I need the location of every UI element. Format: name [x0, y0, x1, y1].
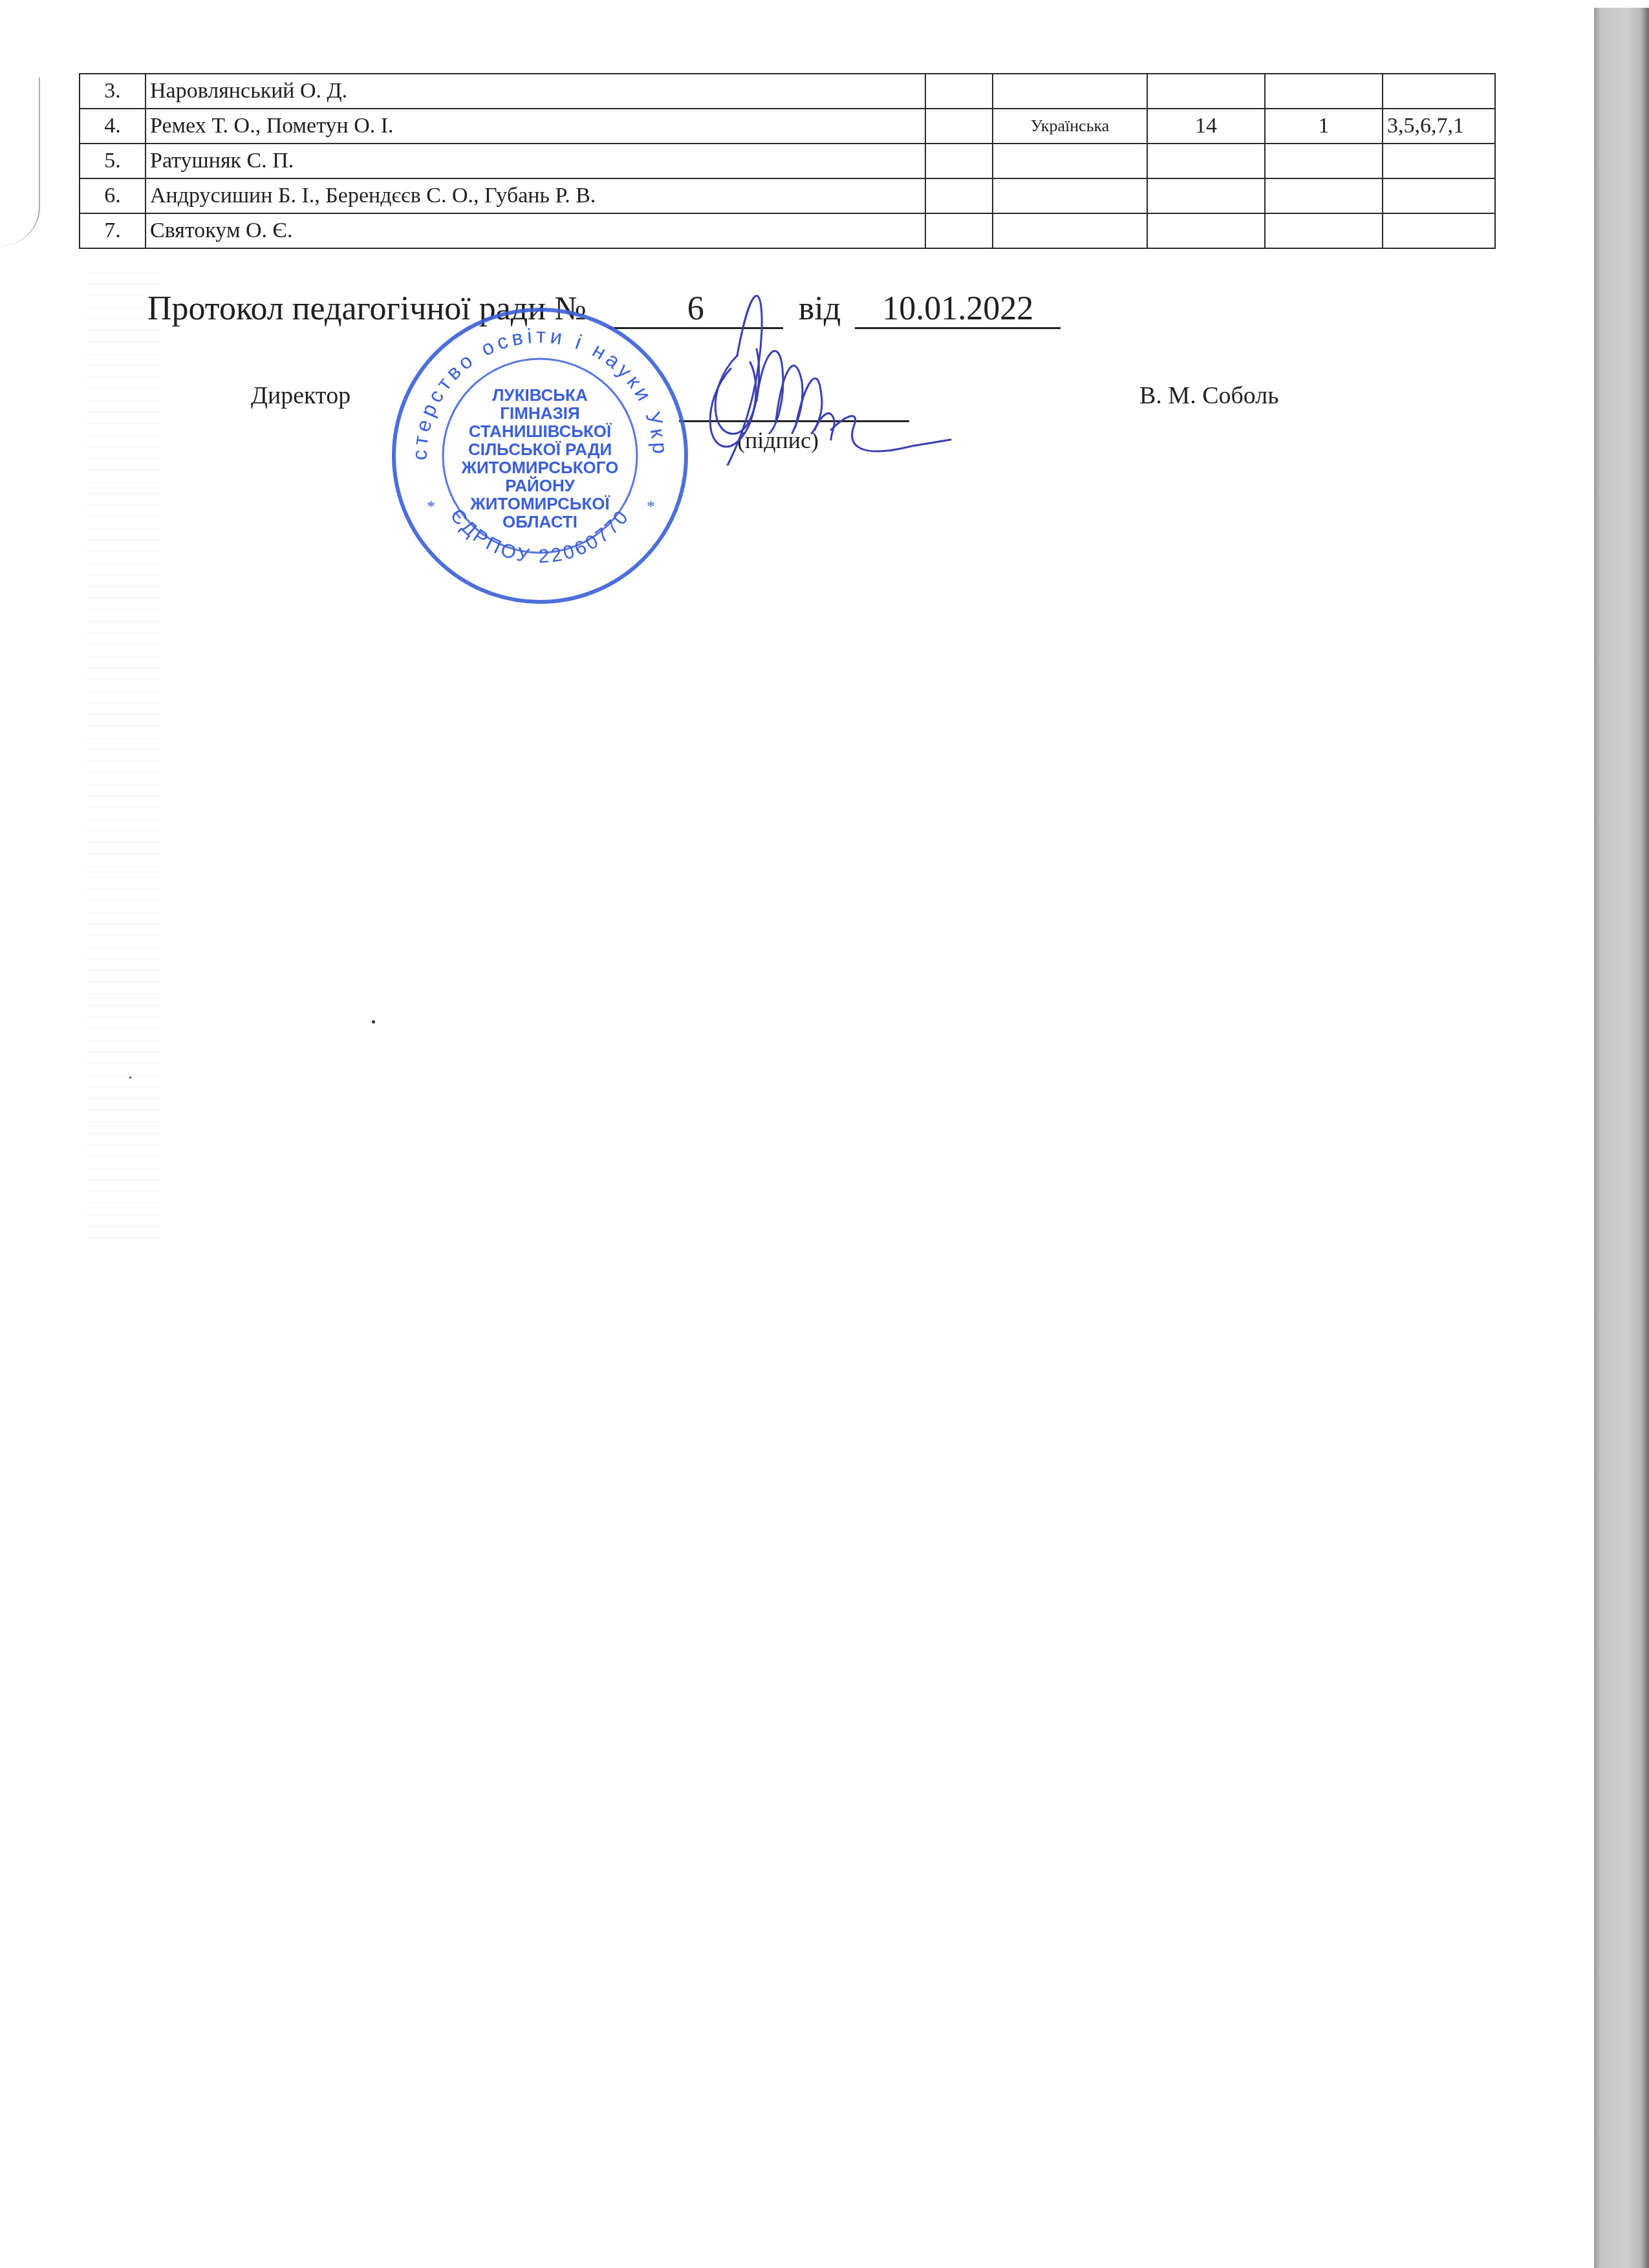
- row-empty-cell: [925, 74, 993, 109]
- row-number: 7.: [80, 213, 145, 248]
- row-number: 4.: [80, 109, 145, 144]
- official-seal-icon: Міністерство освіти і науки України ЄДРП…: [388, 304, 692, 608]
- svg-text:*: *: [427, 497, 435, 516]
- row-classes: 3,5,6,7,1: [1383, 109, 1495, 144]
- row-classes: [1383, 74, 1495, 109]
- svg-text:ОБЛАСТІ: ОБЛАСТІ: [502, 512, 577, 531]
- svg-text:СТАНИШІВСЬКОЇ: СТАНИШІВСЬКОЇ: [469, 422, 612, 441]
- table-row: 7. Святокум О. Є.: [80, 213, 1495, 248]
- row-quantity: [1265, 74, 1383, 109]
- row-classes: [1383, 213, 1495, 248]
- row-count: [1147, 74, 1265, 109]
- row-empty-cell: [925, 213, 993, 248]
- row-number: 6.: [80, 178, 145, 213]
- row-authors: Андрусишин Б. І., Берендєєв С. О., Губан…: [145, 178, 925, 213]
- row-authors: Наровлянський О. Д.: [145, 74, 925, 109]
- table-row: 3. Наровлянський О. Д.: [80, 74, 1495, 109]
- svg-text:ГІМНАЗІЯ: ГІМНАЗІЯ: [500, 403, 579, 423]
- director-name: В. М. Соболь: [1139, 381, 1279, 410]
- textbook-table: 3. Наровлянський О. Д. 4. Ремех Т. О., П…: [79, 73, 1496, 249]
- svg-text:ЖИТОМИРСЬКОЇ: ЖИТОМИРСЬКОЇ: [469, 494, 610, 513]
- scan-speck: [129, 1076, 131, 1078]
- row-authors: Святокум О. Є.: [145, 213, 925, 248]
- row-count: [1147, 178, 1265, 213]
- table-row: 4. Ремех Т. О., Пометун О. І. Українська…: [80, 109, 1495, 144]
- row-authors: Ратушняк С. П.: [145, 144, 925, 178]
- row-quantity: 1: [1265, 109, 1383, 144]
- svg-text:ЖИТОМИРСЬКОГО: ЖИТОМИРСЬКОГО: [461, 458, 619, 477]
- svg-text:ЛУКІВСЬКА: ЛУКІВСЬКА: [492, 385, 588, 405]
- row-empty-cell: [925, 109, 993, 144]
- row-authors: Ремех Т. О., Пометун О. І.: [145, 109, 925, 144]
- row-language: [993, 213, 1147, 248]
- svg-text:СІЛЬСЬКОЇ РАДИ: СІЛЬСЬКОЇ РАДИ: [468, 440, 612, 459]
- scan-speck: [372, 1020, 375, 1023]
- signature-scribble-icon: [666, 272, 1002, 465]
- row-language: Українська: [993, 109, 1147, 144]
- row-language: [993, 74, 1147, 109]
- row-count: [1147, 144, 1265, 178]
- row-language: [993, 178, 1147, 213]
- scan-margin: [1594, 0, 1649, 8]
- table-row: 6. Андрусишин Б. І., Берендєєв С. О., Гу…: [80, 178, 1495, 213]
- scan-noise: [84, 272, 162, 1241]
- row-empty-cell: [925, 178, 993, 213]
- row-classes: [1383, 144, 1495, 178]
- row-quantity: [1265, 213, 1383, 248]
- svg-text:*: *: [647, 497, 655, 516]
- scanner-edge-shadow: [1594, 8, 1649, 2268]
- scan-artifact-curve: [0, 78, 40, 246]
- row-classes: [1383, 178, 1495, 213]
- row-quantity: [1265, 144, 1383, 178]
- row-number: 5.: [80, 144, 145, 178]
- director-title: Директор: [251, 381, 350, 410]
- row-count: [1147, 213, 1265, 248]
- row-number: 3.: [80, 74, 145, 109]
- svg-text:РАЙОНУ: РАЙОНУ: [505, 476, 576, 495]
- row-language: [993, 144, 1147, 178]
- row-empty-cell: [925, 144, 993, 178]
- table-row: 5. Ратушняк С. П.: [80, 144, 1495, 178]
- row-quantity: [1265, 178, 1383, 213]
- row-count: 14: [1147, 109, 1265, 144]
